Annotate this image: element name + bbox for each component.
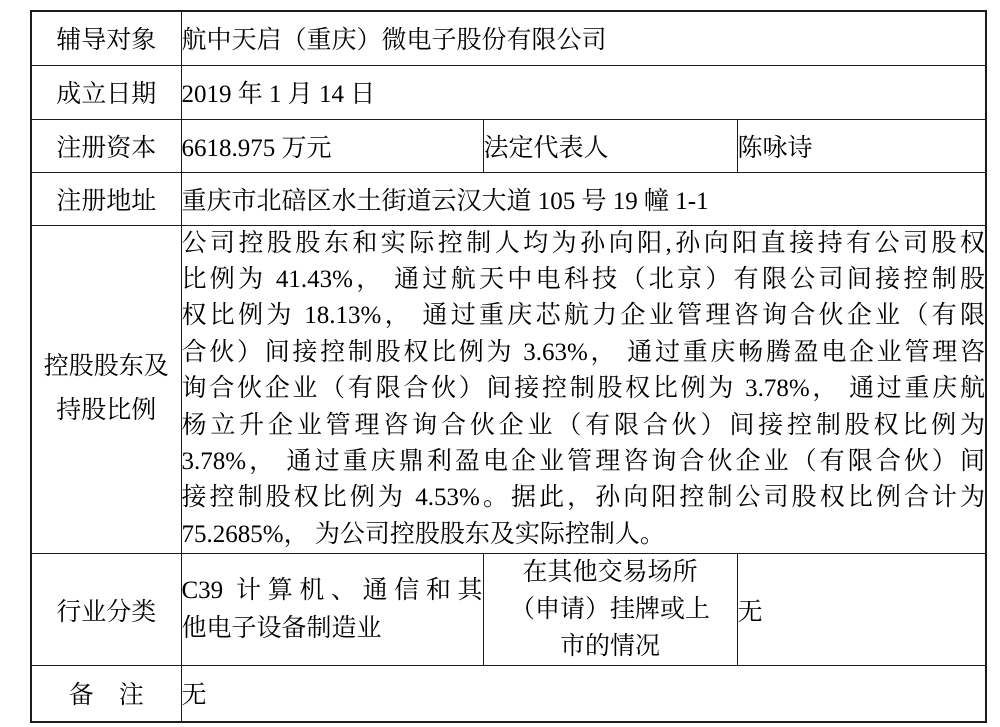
controlling-shareholder-label: 控股股东及 持股比例 — [31, 225, 181, 554]
row-remarks: 备 注 无 — [31, 666, 986, 722]
controlling-shareholder-label-line: 持股比例 — [32, 389, 181, 433]
holding-line: 询合伙企业（有限合伙）间接控制股权比例为 3.78%， 通过重庆航 — [182, 371, 986, 407]
counseling-target-value: 航中天启（重庆）微电子股份有限公司 — [181, 11, 986, 65]
row-establishment-date: 成立日期 2019 年 1 月 14 日 — [31, 65, 986, 119]
remarks-label: 备 注 — [31, 666, 181, 722]
establishment-date-label: 成立日期 — [31, 65, 181, 119]
industry-classification-label: 行业分类 — [31, 554, 181, 666]
other-listing-status-label-line: 在其他交易场所 — [484, 554, 737, 591]
other-listing-status-value: 无 — [737, 554, 986, 666]
registered-capital-value: 6618.975 万元 — [181, 119, 483, 172]
remarks-value: 无 — [181, 666, 986, 722]
row-counseling-target: 辅导对象 航中天启（重庆）微电子股份有限公司 — [31, 11, 986, 65]
row-industry-classification: 行业分类 C39 计算机、通信和其 他电子设备制造业 在其他交易场所 （申请）挂… — [31, 554, 986, 666]
holding-line: 比例为 41.43%， 通过航天中电科技（北京）有限公司间接控制股 — [182, 262, 986, 298]
holding-line: 3.78%， 通过重庆鼎利盈电企业管理咨询合伙企业（有限合伙）间 — [182, 444, 986, 480]
other-listing-status-label-line: 市的情况 — [484, 628, 737, 665]
registered-capital-label: 注册资本 — [31, 119, 181, 172]
other-listing-status-label-line: （申请）挂牌或上 — [484, 591, 737, 628]
company-info-table: 辅导对象 航中天启（重庆）微电子股份有限公司 成立日期 2019 年 1 月 1… — [30, 10, 987, 723]
legal-representative-label: 法定代表人 — [483, 119, 737, 172]
controlling-shareholder-value: 公司控股股东和实际控制人均为孙向阳,孙向阳直接持有公司股权 比例为 41.43%… — [181, 225, 986, 554]
registered-address-label: 注册地址 — [31, 172, 181, 225]
establishment-date-value: 2019 年 1 月 14 日 — [181, 65, 986, 119]
document-page: 辅导对象 航中天启（重庆）微电子股份有限公司 成立日期 2019 年 1 月 1… — [30, 10, 987, 723]
row-controlling-shareholder: 控股股东及 持股比例 公司控股股东和实际控制人均为孙向阳,孙向阳直接持有公司股权… — [31, 225, 986, 554]
holding-line: 杨立升企业管理咨询合伙企业（有限合伙）间接控制股权比例为 — [182, 408, 986, 444]
industry-value-line: C39 计算机、通信和其 — [182, 572, 483, 610]
row-registered-capital: 注册资本 6618.975 万元 法定代表人 陈咏诗 — [31, 119, 986, 172]
holding-line: 75.2685%， 为公司控股股东及实际控制人。 — [182, 517, 986, 553]
row-registered-address: 注册地址 重庆市北碚区水土街道云汉大道 105 号 19 幢 1-1 — [31, 172, 986, 225]
holding-line: 公司控股股东和实际控制人均为孙向阳,孙向阳直接持有公司股权 — [182, 226, 986, 262]
holding-line: 权比例为 18.13%， 通过重庆芯航力企业管理咨询合伙企业（有限 — [182, 298, 986, 334]
holding-line: 接控制股权比例为 4.53%。据此，孙向阳控制公司股权比例合计为 — [182, 480, 986, 516]
industry-classification-value: C39 计算机、通信和其 他电子设备制造业 — [181, 554, 483, 666]
other-listing-status-label: 在其他交易场所 （申请）挂牌或上 市的情况 — [483, 554, 737, 666]
counseling-target-label: 辅导对象 — [31, 11, 181, 65]
holding-line: 合伙）间接控制股权比例为 3.63%， 通过重庆畅腾盈电企业管理咨 — [182, 335, 986, 371]
controlling-shareholder-label-line: 控股股东及 — [32, 345, 181, 389]
legal-representative-value: 陈咏诗 — [737, 119, 986, 172]
industry-value-line: 他电子设备制造业 — [182, 610, 483, 648]
registered-address-value: 重庆市北碚区水土街道云汉大道 105 号 19 幢 1-1 — [181, 172, 986, 225]
